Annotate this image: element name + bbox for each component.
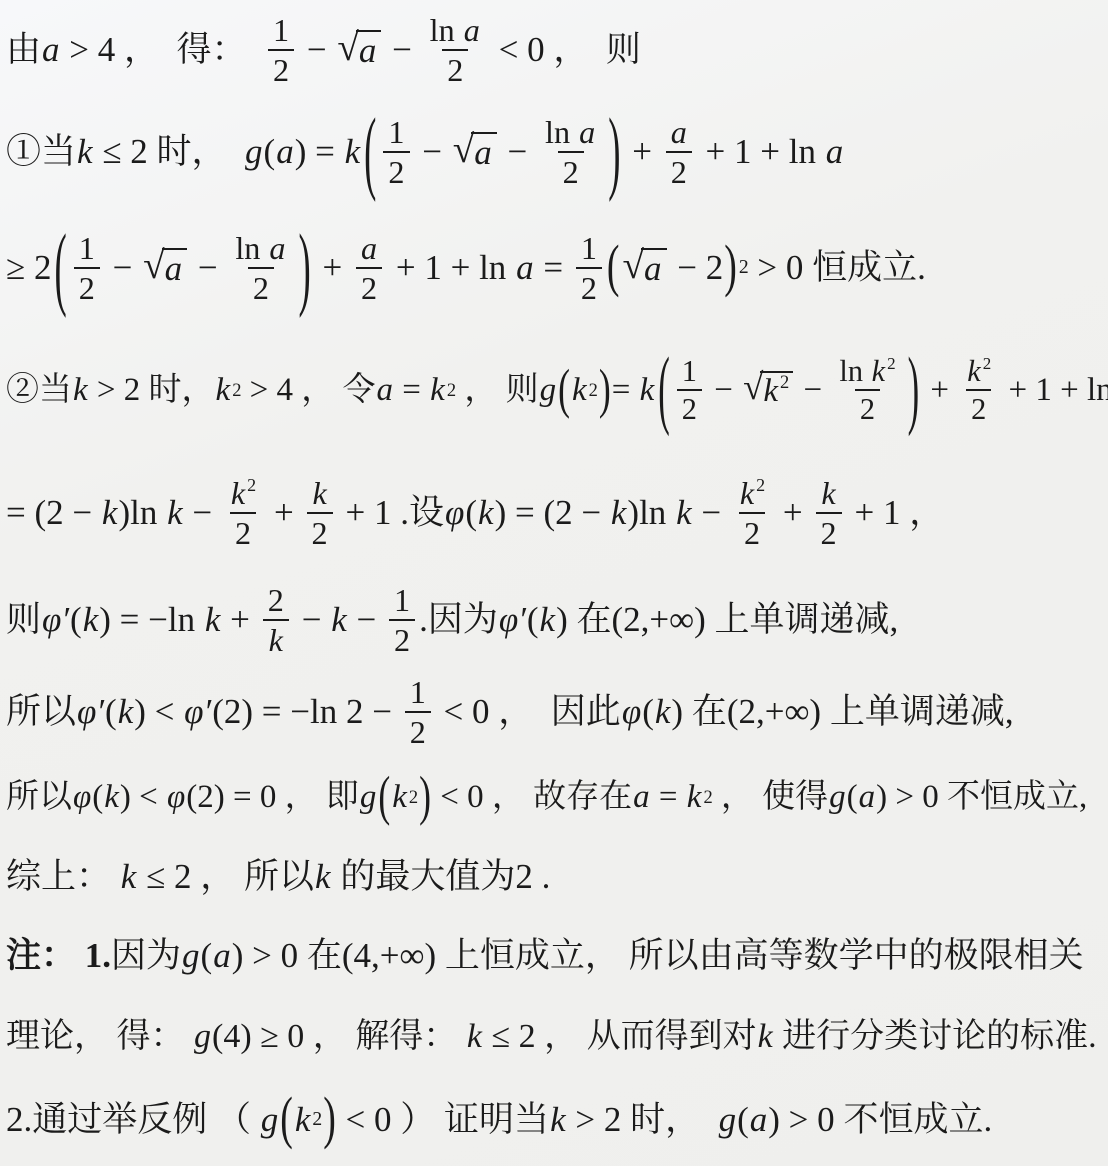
math-operator-run: (2,+∞) <box>727 693 830 732</box>
math-operator-run: 2 <box>821 515 837 551</box>
text-run: 在 <box>692 693 727 732</box>
math-operator-run: ( <box>465 494 477 533</box>
big-left-paren: ( <box>54 221 66 315</box>
math-operator-run: 2 <box>682 392 697 426</box>
text-run: 的最大值为 <box>332 858 516 897</box>
math-operator-run: 2 <box>235 515 251 551</box>
math-exponent: 2 <box>779 372 789 392</box>
math-variable: g <box>260 1101 280 1140</box>
math-fraction: k22 <box>961 354 996 426</box>
text-run: 因为 <box>111 937 181 976</box>
math-variable: a <box>268 230 286 266</box>
math-operator-run: ( <box>642 693 654 732</box>
math-fraction: 12 <box>677 354 702 426</box>
math-variable: k <box>610 494 628 533</box>
radical-sign: √ <box>453 130 475 169</box>
math-fraction: a2 <box>665 114 693 190</box>
math-operator-run: − <box>383 31 420 70</box>
math-variable: a <box>164 249 184 288</box>
math-operator-run: = (2 − <box>6 494 101 533</box>
fraction-numerator: k2 <box>225 475 261 512</box>
fraction-numerator: a <box>355 230 383 267</box>
fraction-denominator: 2 <box>739 512 765 551</box>
fraction-denominator: 2 <box>248 267 274 306</box>
math-variable: k <box>571 372 588 408</box>
text-run: 所以 <box>6 693 76 732</box>
math-variable: g <box>359 779 378 815</box>
math-variable: a <box>41 31 61 70</box>
text-run: 进行分类讨论的标准. <box>774 1018 1097 1055</box>
math-operator-run: )ln <box>627 494 675 533</box>
math-operator-run: 2 <box>971 392 986 426</box>
math-exponent: 2 <box>886 354 896 373</box>
math-variable: a <box>358 31 378 70</box>
math-operator-run: ( <box>70 601 82 640</box>
big-left-paren: ( <box>558 362 570 417</box>
fraction-numerator: 1 <box>405 674 431 711</box>
math-operator-run: 1 <box>410 674 426 710</box>
math-variable: k <box>639 372 656 408</box>
math-operator-run: 2 <box>744 515 760 551</box>
math-variable: φ′ <box>498 601 527 640</box>
text-run: 上恒成立， 所以由高等数学中的极限相关 <box>445 937 1084 976</box>
math-variable: k <box>429 372 446 408</box>
math-variable: φ <box>621 693 642 732</box>
text-run: 使得 <box>762 779 828 815</box>
fraction-numerator: ln a <box>230 230 291 267</box>
math-variable: k <box>166 494 184 533</box>
math-variable: g <box>828 779 847 815</box>
math-operator-run: − <box>293 601 330 640</box>
big-right-paren: ) <box>608 105 620 199</box>
text-run: 恒成立. <box>812 249 926 288</box>
math-variable: g <box>193 1018 212 1055</box>
document-page: 由a > 4 ， 得： 12 − √a − ln a2 < 0 ， 则①当k ≤… <box>0 0 1108 1166</box>
math-variable: a <box>473 133 493 172</box>
math-fraction: ln a2 <box>540 114 601 190</box>
big-left-paren: ( <box>607 239 620 298</box>
math-variable: k <box>675 494 693 533</box>
fraction-denominator: 2 <box>816 512 842 551</box>
fraction-numerator: ln k2 <box>834 354 900 389</box>
math-variable: k <box>871 354 886 388</box>
math-operator-run: ) < <box>120 779 166 815</box>
math-exponent: 2 <box>982 354 992 373</box>
math-operator-run: 1 <box>388 114 404 150</box>
fraction-numerator: k2 <box>734 475 770 512</box>
math-square-root: √a <box>143 248 187 289</box>
math-operator-run: 1 <box>79 230 95 266</box>
text-run: 上单调递减, <box>715 601 899 640</box>
math-operator-run: ) > 0 <box>876 779 947 815</box>
math-operator-run: ln <box>430 12 463 48</box>
math-operator-run: 2 . <box>515 858 550 897</box>
text-run: 因此 <box>551 693 621 732</box>
math-operator-run: − <box>795 372 830 408</box>
math-operator-run: − <box>414 133 451 172</box>
math-fraction: ln a2 <box>230 230 291 306</box>
math-variable: k <box>82 601 100 640</box>
fraction-denominator: 2 <box>230 512 256 551</box>
math-operator-run: < 0 ， <box>432 779 533 815</box>
math-variable: a <box>212 937 232 976</box>
math-operator-run: 2 <box>312 515 328 551</box>
math-variable: a <box>360 230 378 266</box>
math-variable: φ <box>166 779 186 815</box>
math-variable: a <box>578 114 596 150</box>
radicand: a <box>641 248 667 289</box>
math-operator-run: 1 <box>273 12 289 48</box>
math-operator-run: − 2 <box>669 249 724 288</box>
fraction-numerator: k <box>815 475 841 512</box>
math-operator-run: ) > 0 <box>232 937 307 976</box>
math-operator-run: = <box>535 249 572 288</box>
math-fraction: k2 <box>815 475 841 551</box>
math-variable: φ′ <box>41 601 70 640</box>
math-operator-run: + <box>221 601 258 640</box>
text-run: 在 <box>307 937 342 976</box>
big-right-paren: ) <box>323 1091 336 1150</box>
math-operator-run: − <box>499 133 536 172</box>
math-variable: g <box>181 937 201 976</box>
math-square-root: √a <box>623 248 667 289</box>
math-operator-run: − <box>348 601 385 640</box>
math-variable: k <box>101 494 119 533</box>
math-variable: k <box>268 622 284 658</box>
math-operator-run: 2 <box>447 52 463 88</box>
math-variable: k <box>739 475 755 511</box>
math-variable: a <box>632 779 651 815</box>
math-operator-run: 2. <box>6 1101 32 1140</box>
math-operator-run: < 0 <box>337 1101 401 1140</box>
fraction-numerator: 1 <box>383 114 409 151</box>
math-operator-run: ≤ 2 ， <box>483 1018 587 1055</box>
math-operator-run: − <box>693 494 730 533</box>
math-operator-run: 2 <box>361 270 377 306</box>
radicand: a <box>162 248 188 289</box>
math-operator-run: = <box>612 372 639 408</box>
math-operator-run: + 1 + ln <box>387 249 515 288</box>
text-run: 设 <box>409 494 444 533</box>
text-run: 则 <box>506 372 539 408</box>
math-operator-run: − <box>184 494 221 533</box>
math-operator-run: + <box>314 249 351 288</box>
math-operator-run: ≥ 2 <box>6 249 51 288</box>
math-operator-run: + <box>265 494 302 533</box>
math-operator-run: ) <box>671 693 691 732</box>
line-case1-bound: ≥ 2(12 − √a − ln a2) + a2 + 1 + ln a = 1… <box>6 210 1104 326</box>
math-variable: φ′ <box>183 693 212 732</box>
math-variable: k <box>204 601 222 640</box>
line-note-1a: 注： 1.因为g(a) > 0 在(4,+∞) 上恒成立， 所以由高等数学中的极… <box>6 916 1104 996</box>
math-operator-run: (4,+∞) <box>342 937 445 976</box>
math-variable: k <box>654 693 672 732</box>
fraction-denominator: 2 <box>307 512 333 551</box>
math-operator-run: 2 <box>671 154 687 190</box>
fraction-denominator: 2 <box>268 49 294 88</box>
math-operator-run: 2 <box>394 622 410 658</box>
math-operator-run: = <box>394 372 429 408</box>
fraction-numerator: a <box>665 114 693 151</box>
math-operator-run: ) <box>556 601 576 640</box>
math-fraction: 12 <box>74 230 100 306</box>
math-variable: k <box>230 475 246 511</box>
fraction-denominator: 2 <box>356 267 382 306</box>
math-operator-run: (2) = 0 ， <box>186 779 326 815</box>
math-operator-run: ， <box>456 372 506 408</box>
math-variable: φ <box>444 494 465 533</box>
line-case1: ①当k ≤ 2 时， g(a) = k(12 − √a − ln a2) + a… <box>6 94 1104 210</box>
text-run: 则 <box>6 601 41 640</box>
fraction-denominator: k <box>263 619 289 658</box>
math-variable: k <box>72 372 89 408</box>
text-run: ②当 <box>6 372 72 408</box>
math-operator-run: > 2 <box>567 1101 631 1140</box>
math-operator-run: + 1 ， <box>846 494 945 533</box>
math-operator-run: ln <box>235 230 268 266</box>
line-phi-derivative: 则φ′(k) = −ln k + 2k − k − 12.因为φ′(k) 在(2… <box>6 572 1104 668</box>
math-operator-run: (2) = −ln 2 − <box>212 693 401 732</box>
line-phi-derivative-bound: 所以φ′(k) < φ′(2) = −ln 2 − 12 < 0 ， 因此φ(k… <box>6 668 1104 756</box>
math-variable: g <box>244 133 264 172</box>
math-operator-run: > 2 <box>89 372 149 408</box>
fraction-denominator: 2 <box>666 151 692 190</box>
math-variable: a <box>749 1101 769 1140</box>
radicand: k2 <box>760 371 793 409</box>
line-case2: ②当k > 2 时，k2 > 4 ， 令a = k2 ， 则g(k2)= k(1… <box>6 326 1104 454</box>
math-variable: k <box>76 133 94 172</box>
fraction-numerator: ln a <box>425 12 486 49</box>
fraction-denominator: 2 <box>74 267 100 306</box>
math-operator-run: 2 <box>273 52 289 88</box>
math-operator-run: > 4 ， <box>241 372 342 408</box>
math-variable: a <box>275 133 295 172</box>
math-variable: k <box>314 858 332 897</box>
math-fraction: k22 <box>734 475 770 551</box>
math-variable: k <box>311 475 327 511</box>
math-variable: k <box>820 475 836 511</box>
math-fraction: 12 <box>383 114 409 190</box>
math-variable: k <box>120 858 138 897</box>
math-variable: a <box>376 372 395 408</box>
text-run: 得： <box>177 31 247 70</box>
math-operator-run: ≤ 2 <box>94 133 157 172</box>
math-variable: k <box>294 1101 312 1140</box>
fraction-numerator: 1 <box>268 12 294 49</box>
radicand: a <box>356 30 382 71</box>
math-variable: g <box>539 372 558 408</box>
math-operator-run: ( <box>92 779 103 815</box>
big-left-paren: ( <box>364 105 376 199</box>
math-fraction: 12 <box>576 230 602 306</box>
math-square-root: √a <box>453 132 497 173</box>
line-phi-bound: 所以φ(k) < φ(2) = 0 ， 即g(k2) < 0 ， 故存在a = … <box>6 756 1104 838</box>
text-run: 时， <box>149 372 215 408</box>
math-operator-run: 1 <box>581 230 597 266</box>
math-operator-run: > 4 ， <box>61 31 177 70</box>
text-run: 所以 <box>6 779 72 815</box>
math-variable: k <box>117 693 135 732</box>
math-fraction: k22 <box>225 475 261 551</box>
math-operator-run: + <box>774 494 811 533</box>
math-operator-run: 2 <box>268 582 284 618</box>
text-run: 故存在 <box>533 779 632 815</box>
text-run: 从而得到对 <box>587 1018 757 1055</box>
math-fraction: ln k22 <box>834 354 900 426</box>
math-variable: g <box>718 1101 738 1140</box>
big-left-paren: ( <box>658 346 670 434</box>
math-operator-run: + <box>922 372 957 408</box>
big-left-paren: ( <box>378 769 390 824</box>
math-operator-run: 2 <box>253 270 269 306</box>
radicand: a <box>471 132 497 173</box>
line-note-2: 2.通过举反例 （ g(k2) < 0 ） 证明当k > 2 时， g(a) >… <box>6 1078 1104 1162</box>
math-fraction: 12 <box>405 674 431 750</box>
math-operator-run: > 0 <box>749 249 813 288</box>
math-operator-run: (4) ≥ 0 ， <box>212 1018 355 1055</box>
math-variable: k <box>391 779 408 815</box>
math-operator-run: ) > 0 <box>768 1101 843 1140</box>
math-operator-run: ) < <box>134 693 183 732</box>
math-operator-run: < 0 ， <box>490 31 606 70</box>
fraction-numerator: k <box>306 475 332 512</box>
math-operator-run: ( <box>105 693 117 732</box>
math-operator-run: ln <box>545 114 578 150</box>
math-operator-run: ( <box>527 601 539 640</box>
math-operator-run: + <box>623 133 660 172</box>
math-exponent: 2 <box>755 475 765 495</box>
big-right-paren: ) <box>724 239 737 298</box>
fraction-denominator: 2 <box>855 389 880 426</box>
math-operator-run: 2 <box>563 154 579 190</box>
math-variable: a <box>670 114 688 150</box>
fraction-numerator: ln a <box>540 114 601 151</box>
math-variable: φ <box>72 779 92 815</box>
text-run: 综上： <box>6 858 120 897</box>
math-operator-run: 2 <box>410 714 426 750</box>
math-variable: a <box>463 12 481 48</box>
math-operator-run: ) = <box>295 133 344 172</box>
text-run: 令 <box>343 372 376 408</box>
math-operator-run: + 1 + ln <box>697 133 825 172</box>
big-right-paren: ) <box>419 769 431 824</box>
math-operator-run: − <box>298 31 335 70</box>
radical-sign: √ <box>623 246 645 285</box>
math-operator-run: ( <box>201 937 213 976</box>
math-operator-run: . <box>419 601 428 640</box>
math-variable: k <box>762 373 779 409</box>
math-operator-run: 2 <box>581 270 597 306</box>
fraction-numerator: 1 <box>389 582 415 619</box>
fraction-denominator: 2 <box>389 619 415 658</box>
radical-sign: √ <box>337 28 359 67</box>
big-right-paren: ) <box>599 362 611 417</box>
text-run: 时， <box>157 133 245 172</box>
radical-sign: √ <box>143 246 165 285</box>
math-variable: k <box>539 601 557 640</box>
fraction-denominator: 2 <box>442 49 468 88</box>
fraction-numerator: 1 <box>677 354 702 389</box>
math-operator-run: ， <box>713 779 763 815</box>
math-operator-run: − <box>706 372 741 408</box>
math-operator-run: < 0 ， <box>435 693 551 732</box>
big-right-paren: ) <box>299 221 311 315</box>
math-operator-run: 1 <box>394 582 410 618</box>
fraction-denominator: 2 <box>576 267 602 306</box>
math-operator-run: 2 <box>388 154 404 190</box>
text-run: 时， <box>630 1101 718 1140</box>
math-operator-run: ≤ 2 ， <box>137 858 244 897</box>
math-operator-run: − <box>189 249 226 288</box>
text-run: 即 <box>326 779 359 815</box>
fraction-denominator: 2 <box>558 151 584 190</box>
math-fraction: k2 <box>306 475 332 551</box>
math-operator-run: ln <box>839 354 870 388</box>
fraction-denominator: 2 <box>383 151 409 190</box>
math-variable: a <box>643 249 663 288</box>
text-run: 所以 <box>244 858 314 897</box>
math-operator-run: ( <box>264 133 276 172</box>
math-operator-run: (2,+∞) <box>612 601 715 640</box>
math-variable: k <box>757 1018 774 1055</box>
math-fraction: 2k <box>263 582 289 658</box>
math-variable: φ′ <box>76 693 105 732</box>
line-phi-def: = (2 − k)ln k − k22 + k2 + 1 .设φ(k) = (2… <box>6 454 1104 572</box>
text-run: 上单调递减, <box>830 693 1014 732</box>
math-operator-run: − <box>104 249 141 288</box>
text-run: 则 <box>606 31 641 70</box>
math-variable: a <box>858 779 877 815</box>
math-operator-run: = <box>651 779 686 815</box>
fraction-numerator: k2 <box>961 354 996 389</box>
text-run: 由 <box>6 31 41 70</box>
math-operator-run: 1 <box>682 354 697 388</box>
math-square-root: √a <box>337 30 381 71</box>
text-run: 在 <box>577 601 612 640</box>
math-fraction: 12 <box>389 582 415 658</box>
big-right-paren: ) <box>908 346 920 434</box>
text-run: 不恒成立. <box>843 1101 992 1140</box>
fraction-numerator: 2 <box>263 582 289 619</box>
fraction-numerator: 1 <box>74 230 100 267</box>
math-variable: k <box>103 779 120 815</box>
math-operator-run: 2 <box>79 270 95 306</box>
text-run: 因为 <box>428 601 498 640</box>
math-exponent: 2 <box>246 475 256 495</box>
math-operator-run: 2 <box>860 392 875 426</box>
fraction-denominator: 2 <box>966 389 991 426</box>
fraction-numerator: 1 <box>576 230 602 267</box>
math-operator-run <box>247 31 265 70</box>
math-operator-run: + 1 + ln <box>1000 372 1108 408</box>
math-variable: k <box>466 1018 483 1055</box>
math-variable: a <box>515 249 535 288</box>
math-variable: k <box>966 354 981 388</box>
math-operator-run: ( <box>737 1101 749 1140</box>
math-fraction: 12 <box>268 12 294 88</box>
text-run: 不恒成立, <box>947 779 1087 815</box>
text-run: 理论， 得： <box>6 1018 193 1055</box>
fraction-denominator: 2 <box>405 711 431 750</box>
math-operator-run: ( <box>847 779 858 815</box>
math-variable: a <box>825 133 845 172</box>
math-operator-run: + 1 . <box>337 494 409 533</box>
math-operator-run: )ln <box>118 494 166 533</box>
math-operator-run: ) = (2 − <box>495 494 610 533</box>
math-variable: k <box>686 779 703 815</box>
text-run: ） 证明当 <box>400 1101 549 1140</box>
radical-sign: √ <box>743 369 763 406</box>
